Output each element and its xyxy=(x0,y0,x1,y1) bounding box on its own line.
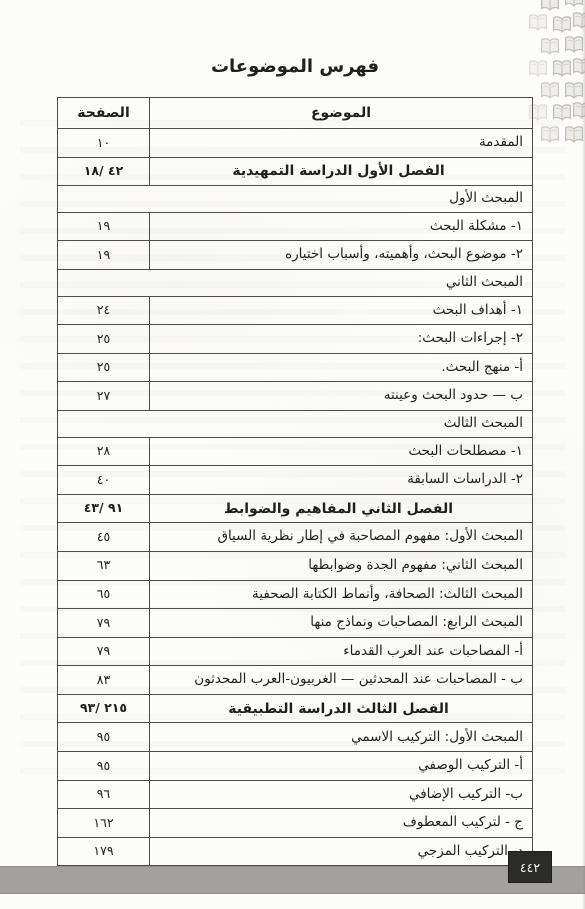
topic-cell: ٢- إجراءات البحث: xyxy=(150,325,533,354)
toc-table: الموضوع الصفحة المقدمة١٠الفصل الأول الدر… xyxy=(57,97,533,866)
topic-cell: ١- مصطلحات البحث xyxy=(150,437,533,466)
page-number-cell: ٢٥ xyxy=(58,325,150,354)
table-row: ١- مشكلة البحث١٩ xyxy=(58,212,533,241)
page-number-cell: ٤٠ xyxy=(58,466,150,495)
table-row: ٢- الدراسات السابقة٤٠ xyxy=(58,466,533,495)
table-row: ب - المصاحبات عند المحدثين — الغربيون-ال… xyxy=(58,666,533,695)
topic-cell: المبحث الرابع: المصاحبات ونماذج منها xyxy=(150,609,533,638)
page-number-cell: ١٠ xyxy=(58,129,150,158)
table-row: المبحث الثالث: الصحافة، وأنماط الكتابة ا… xyxy=(58,580,533,609)
topic-cell: المقدمة xyxy=(150,129,533,158)
topic-cell: أ- منهج البحث. xyxy=(150,353,533,382)
table-row: ب- التركيب الإضافي٩٦ xyxy=(58,780,533,809)
section-title-cell: المبحث الثاني xyxy=(58,269,533,296)
page-number-cell: ٩٥ xyxy=(58,752,150,781)
section-title-cell: المبحث الثالث xyxy=(58,410,533,437)
topic-cell: أ- التركيب الوصفي xyxy=(150,752,533,781)
table-row: ٢- إجراءات البحث:٢٥ xyxy=(58,325,533,354)
table-row: المبحث الأول xyxy=(58,186,533,213)
topic-cell: د- التركيب المزجي xyxy=(150,837,533,866)
topic-column-header: الموضوع xyxy=(150,98,533,129)
page-number-cell: ٩٦ xyxy=(58,780,150,809)
page-number-cell: ١٦٢ xyxy=(58,809,150,838)
page-number-cell: ١٩ xyxy=(58,212,150,241)
topic-cell: الفصل الثاني المفاهيم والضوابط xyxy=(150,494,533,523)
table-row: أ- التركيب الوصفي٩٥ xyxy=(58,752,533,781)
table-row: ١- أهداف البحث٢٤ xyxy=(58,296,533,325)
page-number-cell: ١٧٩ xyxy=(58,837,150,866)
topic-cell: ٢- الدراسات السابقة xyxy=(150,466,533,495)
page-number-cell: ٤٢ /١٨ xyxy=(58,157,150,186)
page-number-cell: ٢١٥ /٩٣ xyxy=(58,694,150,723)
table-row: ج - لتركيب المعطوف١٦٢ xyxy=(58,809,533,838)
page-number-cell: ٢٤ xyxy=(58,296,150,325)
topic-cell: المبحث الأول: التركيب الاسمي xyxy=(150,723,533,752)
page-number-cell: ٦٥ xyxy=(58,580,150,609)
page-number-cell: ٢٥ xyxy=(58,353,150,382)
table-row: د- التركيب المزجي١٧٩ xyxy=(58,837,533,866)
table-row: أ- المصاحبات عند العرب القدماء٧٩ xyxy=(58,637,533,666)
section-title-cell: المبحث الأول xyxy=(58,186,533,213)
table-row: المقدمة١٠ xyxy=(58,129,533,158)
topic-cell: المبحث الثالث: الصحافة، وأنماط الكتابة ا… xyxy=(150,580,533,609)
page-number-badge: ٤٤٢ xyxy=(509,852,551,882)
table-row: ٢- موضوع البحث، وأهميته، وأسباب اختياره١… xyxy=(58,241,533,270)
footer-band xyxy=(0,866,585,894)
table-row: ١- مصطلحات البحث٢٨ xyxy=(58,437,533,466)
page-column-header: الصفحة xyxy=(58,98,150,129)
topic-cell: المبحث الثاني: مفهوم الجدة وضوابطها xyxy=(150,551,533,580)
topic-cell: ١- أهداف البحث xyxy=(150,296,533,325)
page-number-cell: ٨٣ xyxy=(58,666,150,695)
topic-cell: ب- التركيب الإضافي xyxy=(150,780,533,809)
topic-cell: ب - المصاحبات عند المحدثين — الغربيون-ال… xyxy=(150,666,533,695)
table-row: المبحث الثالث xyxy=(58,410,533,437)
topic-cell: أ- المصاحبات عند العرب القدماء xyxy=(150,637,533,666)
table-row: الفصل الثالث الدراسة التطبيقية٢١٥ /٩٣ xyxy=(58,694,533,723)
topic-cell: ب — حدود البحث وعينته xyxy=(150,382,533,411)
table-row: المبحث الرابع: المصاحبات ونماذج منها٧٩ xyxy=(58,609,533,638)
page-number-cell: ٩٥ xyxy=(58,723,150,752)
table-row: الفصل الثاني المفاهيم والضوابط٩١ /٤٣ xyxy=(58,494,533,523)
topic-cell: ٢- موضوع البحث، وأهميته، وأسباب اختياره xyxy=(150,241,533,270)
scanned-page: فهرس الموضوعات الموضوع الصفحة المقدمة١٠ا… xyxy=(0,0,585,909)
table-row: المبحث الثاني xyxy=(58,269,533,296)
topic-cell: ١- مشكلة البحث xyxy=(150,212,533,241)
page-number-cell: ٢٧ xyxy=(58,382,150,411)
topic-cell: ج - لتركيب المعطوف xyxy=(150,809,533,838)
topic-cell: الفصل الثالث الدراسة التطبيقية xyxy=(150,694,533,723)
topic-cell: المبحث الأول: مفهوم المصاحبة في إطار نظر… xyxy=(150,523,533,552)
page-number-cell: ١٩ xyxy=(58,241,150,270)
page-number-cell: ٦٣ xyxy=(58,551,150,580)
table-row: المبحث الأول: التركيب الاسمي٩٥ xyxy=(58,723,533,752)
page-number-cell: ٧٩ xyxy=(58,609,150,638)
page-title: فهرس الموضوعات xyxy=(57,56,533,77)
table-row: المبحث الثاني: مفهوم الجدة وضوابطها٦٣ xyxy=(58,551,533,580)
page-number-cell: ٩١ /٤٣ xyxy=(58,494,150,523)
topic-cell: الفصل الأول الدراسة التمهيدية xyxy=(150,157,533,186)
table-header-row: الموضوع الصفحة xyxy=(58,98,533,129)
page-number-cell: ٤٥ xyxy=(58,523,150,552)
table-row: المبحث الأول: مفهوم المصاحبة في إطار نظر… xyxy=(58,523,533,552)
table-row: أ- منهج البحث.٢٥ xyxy=(58,353,533,382)
toc-table-body: المقدمة١٠الفصل الأول الدراسة التمهيدية٤٢… xyxy=(58,129,533,866)
page-number-cell: ٧٩ xyxy=(58,637,150,666)
table-row: الفصل الأول الدراسة التمهيدية٤٢ /١٨ xyxy=(58,157,533,186)
page-number-cell: ٢٨ xyxy=(58,437,150,466)
table-row: ب — حدود البحث وعينته٢٧ xyxy=(58,382,533,411)
